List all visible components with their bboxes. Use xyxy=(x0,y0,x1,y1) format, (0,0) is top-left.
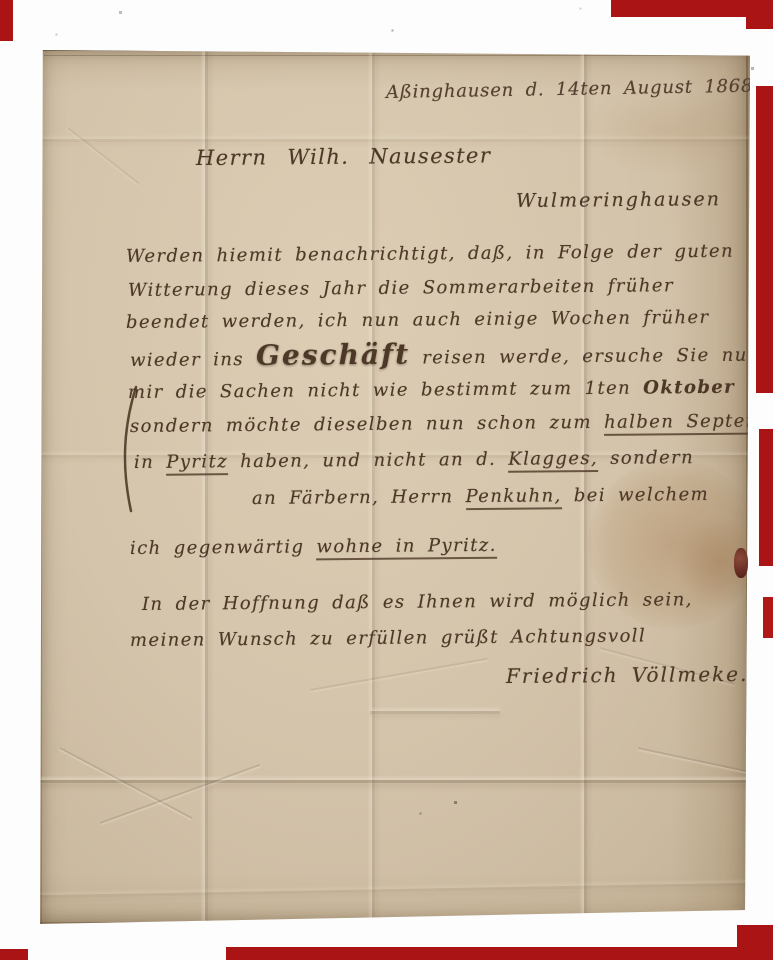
letter-text-segment: Geschäft xyxy=(256,338,410,372)
red-mat-corner-bottom-left xyxy=(0,949,28,960)
paper-top-fold-line xyxy=(44,55,748,56)
letter-line-8: an Färbern, Herrn Penkuhn, bei welchem xyxy=(252,484,709,509)
fold-crease-vertical-left xyxy=(205,47,208,924)
letter-text-segment: halben Septemb. xyxy=(604,410,773,436)
crumple-line xyxy=(638,747,773,782)
letter-text-segment: wohne in Pyritz. xyxy=(316,535,497,561)
crumple-line xyxy=(310,658,488,691)
letter-line-10: In der Hoffnung daß es Ihnen wird möglic… xyxy=(142,589,693,615)
wax-seal-spot xyxy=(734,548,748,578)
letter-text-segment: bei welchem xyxy=(562,484,710,506)
letter-text-segment: sondern xyxy=(598,447,694,469)
letter-line-11: meinen Wunsch zu erfüllen grüßt Achtungs… xyxy=(130,625,646,651)
letter-line-5: mir die Sachen nicht wie bestimmt zum 1t… xyxy=(128,377,735,403)
letter-text-segment: Pyritz xyxy=(166,451,228,476)
red-mat-bar-bottom xyxy=(226,947,773,960)
letter-text-segment: ich gegenwärtig xyxy=(130,536,317,559)
recipient-place-line: Wulmeringhausen xyxy=(516,188,721,212)
letter-line-6: sondern möchte dieselben nun schon zum h… xyxy=(130,410,773,437)
letter-line-7: in Pyritz haben, und nicht an d. Klagges… xyxy=(134,447,694,473)
red-mat-bar-right-lower xyxy=(763,597,773,638)
paper-bottom-edge-line xyxy=(40,922,750,923)
recipient-name-line: Herrn Wilh. Nausester xyxy=(196,143,491,170)
fold-crease-horizontal-short xyxy=(370,711,500,714)
letter-line-1: Werden hiemit benachrichtigt, daß, in Fo… xyxy=(126,241,734,267)
signature: Friedrich Völlmeke. xyxy=(506,662,749,688)
letter-line-9: ich gegenwärtig wohne in Pyritz. xyxy=(130,535,497,559)
fold-crease-vertical-center xyxy=(372,47,375,924)
paper-specks xyxy=(40,47,41,48)
red-mat-corner-top-right xyxy=(746,0,773,29)
crumple-line xyxy=(60,747,193,819)
red-mat-bar-right-middle xyxy=(759,429,773,566)
fold-crease-horizontal-lower xyxy=(40,780,750,783)
crumple-line xyxy=(67,127,139,184)
letter-paper: Aßinghausen d. 14ten August 1868 Herrn W… xyxy=(40,47,750,924)
letter-text-segment: Werden hiemit benachrichtigt, daß, in Fo… xyxy=(126,241,734,267)
margin-flourish xyxy=(118,385,148,515)
letter-text-segment: mir die Sachen nicht wie bestimmt zum 1t… xyxy=(128,378,643,403)
letter-text-segment: beendet werden, ich nun auch einige Woch… xyxy=(126,307,710,333)
letter-text-segment: Witterung dieses Jahr die Sommerarbeiten… xyxy=(128,275,674,301)
letter-text-segment: meinen Wunsch zu erfüllen grüßt Achtungs… xyxy=(130,625,646,651)
letter-text-segment: haben, und nicht an d. xyxy=(228,449,508,472)
letter-text-segment: In der Hoffnung daß es Ihnen wird möglic… xyxy=(142,589,693,615)
paper-left-edge-line xyxy=(41,47,42,924)
letter-photo: Aßinghausen d. 14ten August 1868 Herrn W… xyxy=(0,0,773,960)
crumple-line xyxy=(100,764,260,824)
paper-right-edge-line xyxy=(746,47,748,924)
red-mat-bar-right-upper xyxy=(756,86,773,393)
letter-line-3: beendet werden, ich nun auch einige Woch… xyxy=(126,307,710,333)
letter-text-segment: Klagges, xyxy=(508,448,598,473)
paper-top-edge-line xyxy=(40,49,750,51)
letter-line-2: Witterung dieses Jahr die Sommerarbeiten… xyxy=(128,275,674,301)
letter-text-segment: wieder ins xyxy=(130,349,256,371)
letter-line-4: wieder ins Geschäft reisen werde, ersuch… xyxy=(130,334,768,373)
fold-crease-horizontal-bottom xyxy=(40,883,750,898)
letter-text-segment: Oktober xyxy=(643,377,735,399)
letter-text-segment: reisen werde, ersuche Sie nun, xyxy=(410,344,768,368)
red-mat-corner-top-left xyxy=(0,0,13,41)
letter-text-segment: sondern möchte dieselben nun schon zum xyxy=(130,412,604,437)
letter-text-segment: Penkuhn, xyxy=(465,485,561,510)
letter-text-segment: an Färbern, Herrn xyxy=(252,486,466,509)
